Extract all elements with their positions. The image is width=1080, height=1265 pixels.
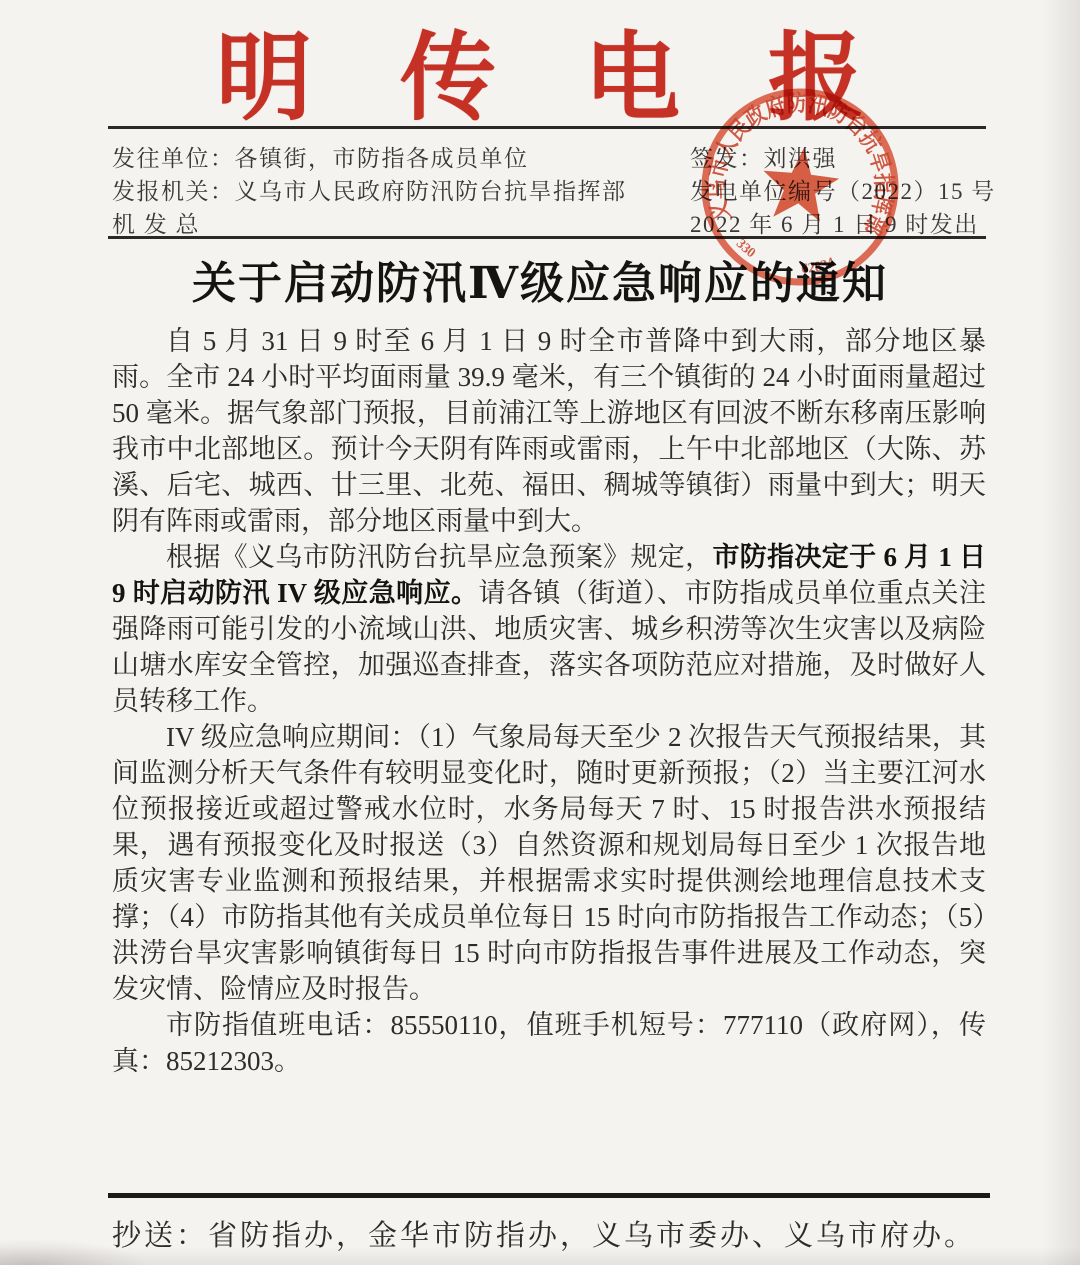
paragraph-2-lead: 根据《义乌市防汛防台抗旱应急预案》规定， xyxy=(166,542,712,572)
header-rule-top xyxy=(108,126,986,129)
footer-rule xyxy=(108,1193,990,1198)
cc-line: 抄送：省防指办，金华市防指办，义乌市委办、义乌市府办。 xyxy=(112,1213,976,1254)
field-issue-datetime: 2022 年 6 月 1 日 9 时发出 xyxy=(690,206,979,239)
field-telegram-number: 发电单位编号（2022）15 号 xyxy=(690,173,996,206)
document-body: 自 5 月 31 日 9 时至 6 月 1 日 9 时全市普降中到大雨，部分地区… xyxy=(112,323,986,1079)
telegram-document-page: 明传电报 发往单位：各镇街，市防指各成员单位 发报机关：义乌市人民政府防汛防台抗… xyxy=(0,0,1080,1265)
masthead-title: 明传电报 xyxy=(0,2,1080,139)
scan-edge-right xyxy=(1042,0,1080,1265)
body-paragraph-1: 自 5 月 31 日 9 时至 6 月 1 日 9 时全市普降中到大雨，部分地区… xyxy=(112,323,986,539)
field-ji-fa-zong: 机 发 总 xyxy=(112,206,200,239)
body-paragraph-3: IV 级应急响应期间：（1）气象局每天至少 2 次报告天气预报结果，其间监测分析… xyxy=(112,719,986,1007)
field-signed-by: 签发：刘洪强 xyxy=(690,140,837,173)
header-rule-bottom xyxy=(108,236,986,239)
field-issuing-org: 发报机关：义乌市人民政府防汛防台抗旱指挥部 xyxy=(112,173,627,206)
body-paragraph-4-contacts: 市防指值班电话：85550110，值班手机短号：777110（政府网），传真：8… xyxy=(112,1007,986,1079)
field-send-to: 发往单位：各镇街，市防指各成员单位 xyxy=(112,140,529,173)
document-title: 关于启动防汛Ⅳ级应急响应的通知 xyxy=(0,247,1080,311)
body-paragraph-2: 根据《义乌市防汛防台抗旱应急预案》规定，市防指决定于 6 月 1 日 9 时启动… xyxy=(112,539,986,719)
